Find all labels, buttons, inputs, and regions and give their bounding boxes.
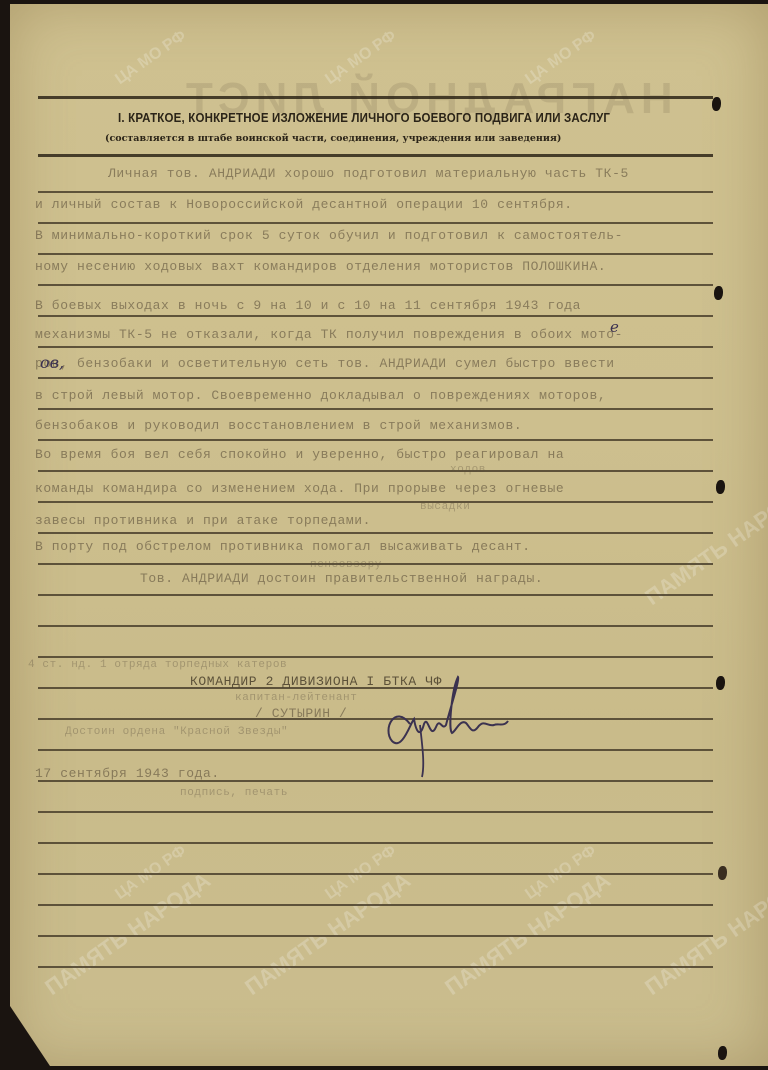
- ruled-line: [38, 656, 713, 658]
- handwritten-mark: ов,: [40, 353, 64, 372]
- ruled-line: [38, 346, 713, 348]
- ruled-line: [38, 222, 713, 224]
- ruled-line: [38, 191, 713, 193]
- ruled-line: [38, 904, 713, 906]
- ruled-line: [38, 842, 713, 844]
- body-line: Тов. АНДРИАДИ достоин правительственной …: [140, 571, 543, 586]
- ruled-line: [38, 749, 713, 751]
- watermark-pamyat: ПАМЯТЬ НАРОДА: [242, 870, 414, 999]
- interlinear-note: ходов: [450, 464, 486, 476]
- header-rule-top: [38, 96, 713, 99]
- punch-hole: [714, 286, 723, 300]
- body-line: ному несению ходовых вахт командиров отд…: [35, 259, 606, 274]
- lower-faint-line: подпись, печать: [180, 787, 288, 799]
- watermark-pamyat: ПАМЯТЬ НАРОДА: [42, 870, 214, 999]
- ruled-line: [38, 532, 713, 534]
- ruled-line: [38, 966, 713, 968]
- signature-mid-line: Достоин ордена "Красной Звезды": [65, 726, 288, 738]
- watermark-camo: ЦА МО РФ: [112, 27, 190, 89]
- ruled-line: [38, 377, 713, 379]
- ruled-line: [38, 408, 713, 410]
- section-title: I. КРАТКОЕ, КОНКРЕТНОЕ ИЗЛОЖЕНИЕ ЛИЧНОГО…: [118, 111, 610, 125]
- body-line: команды командира со изменением хода. Пр…: [35, 481, 564, 496]
- handwritten-mark: е: [610, 318, 619, 336]
- punch-hole: [718, 1046, 727, 1060]
- watermark-pamyat: ПАМЯТЬ НАРОДА: [642, 870, 768, 999]
- ruled-line: [38, 470, 713, 472]
- ruled-line: [38, 873, 713, 875]
- body-line: бензобаков и руководил восстановлением в…: [35, 418, 522, 433]
- body-line: В минимально-короткий срок 5 суток обучи…: [35, 228, 623, 243]
- handwritten-signature: [380, 669, 560, 779]
- signature-rank: капитан-лейтенант: [235, 692, 357, 704]
- body-line: Личная тов. АНДРИАДИ хорошо подготовил м…: [108, 166, 629, 181]
- punch-hole: [716, 676, 725, 690]
- punch-hole: [712, 97, 721, 111]
- ruled-line: [38, 501, 713, 503]
- ruled-line: [38, 625, 713, 627]
- body-line: В порту под обстрелом противника помогал…: [35, 539, 531, 554]
- ruled-line: [38, 253, 713, 255]
- ruled-line: [38, 439, 713, 441]
- body-line: В боевых выходах в ночь с 9 на 10 и с 10…: [35, 298, 581, 313]
- body-line: ров, бензобаки и осветительную сеть тов.…: [35, 356, 615, 371]
- watermark-pamyat: ПАМЯТЬ НАРОДА: [442, 870, 614, 999]
- header-rule-bottom: [38, 154, 713, 157]
- ruled-line: [38, 284, 713, 286]
- punch-hole: [716, 480, 725, 494]
- ruled-line: [38, 935, 713, 937]
- ruled-line: [38, 718, 713, 720]
- ruled-line: [38, 811, 713, 813]
- body-line: и личный состав к Новороссийской десантн…: [35, 197, 573, 212]
- body-line: Во время боя вел себя спокойно и уверенн…: [35, 447, 564, 462]
- ruled-line: [38, 594, 713, 596]
- section-subtitle: (составляется в штабе воинской части, со…: [105, 133, 561, 144]
- signature-pre-line: 4 ст. нд. 1 отряда торпедных катеров: [28, 659, 287, 671]
- body-line: механизмы ТК-5 не отказали, когда ТК пол…: [35, 327, 623, 342]
- signature-date: 17 сентября 1943 года.: [35, 766, 220, 781]
- interlinear-note: пенсовзору: [310, 559, 382, 571]
- body-line: в строй левый мотор. Своевременно доклад…: [35, 388, 606, 403]
- interlinear-note: высадки: [420, 501, 470, 513]
- ruled-line: [38, 315, 713, 317]
- punch-hole: [718, 866, 727, 880]
- body-line: завесы противника и при атаке торпедами.: [35, 513, 371, 528]
- signature-name: / СУТЫРИН /: [255, 706, 347, 721]
- document-sheet: НАГРАДНОЙ ЛИСТ ЦА МО РФ ЦА МО РФ ЦА МО Р…: [10, 4, 768, 1066]
- watermark-pamyat: ПАМЯТЬ НАРОДА: [642, 480, 768, 609]
